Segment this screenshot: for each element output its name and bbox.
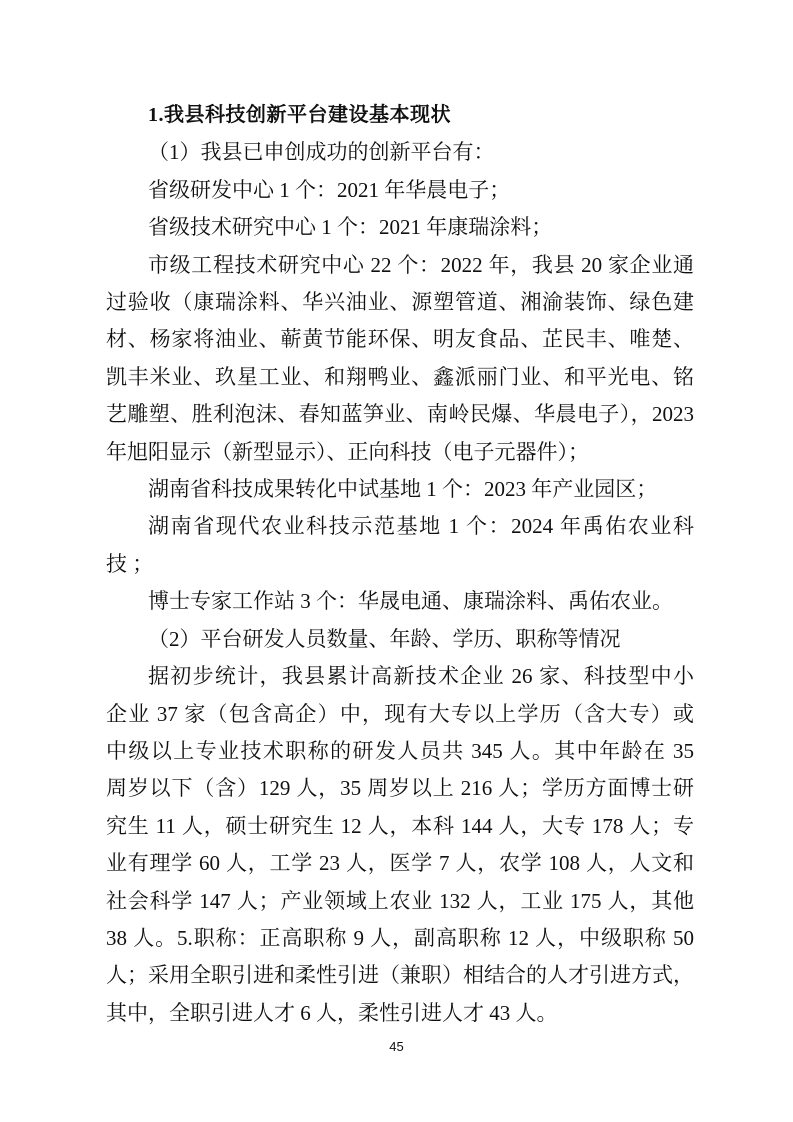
paragraph: 湖南省科技成果转化中试基地 1 个：2023 年产业园区； xyxy=(106,471,694,508)
text-line: 38 人。5.职称：正高职称 9 人，副高职称 12 人，中级职称 50 xyxy=(106,920,694,957)
paragraph: 博士专家工作站 3 个：华晟电通、康瑞涂料、禹佑农业。 xyxy=(106,583,694,620)
text-line: 业有理学 60 人，工学 23 人，医学 7 人，农学 108 人，人文和 xyxy=(106,845,694,882)
paragraph: （2）平台研发人员数量、年龄、学历、职称等情况 xyxy=(106,621,694,658)
text-line: 社会科学 147 人；产业领域上农业 132 人，工业 175 人，其他 xyxy=(106,883,694,920)
paragraph: 据初步统计，我县累计高新技术企业 26 家、科技型中小企业 37 家（包含高企）… xyxy=(106,658,694,1032)
text-line: 中级以上专业技术职称的研发人员共 345 人。其中年龄在 35 xyxy=(106,733,694,770)
document-content: 1.我县科技创新平台建设基本现状 （1）我县已申创成功的创新平台有：省级研发中心… xyxy=(106,97,694,1032)
text-line: 技 ； xyxy=(106,546,694,583)
text-line: （1）我县已申创成功的创新平台有： xyxy=(106,134,694,171)
text-line: 湖南省科技成果转化中试基地 1 个：2023 年产业园区； xyxy=(106,471,694,508)
text-line: 周岁以下（含）129 人，35 周岁以上 216 人；学历方面博士研 xyxy=(106,770,694,807)
paragraph: （1）我县已申创成功的创新平台有： xyxy=(106,134,694,171)
paragraph: 省级技术研究中心 1 个：2021 年康瑞涂料； xyxy=(106,209,694,246)
text-line: 湖南省现代农业科技示范基地 1 个：2024 年禹佑农业科 xyxy=(106,508,694,545)
text-line: （2）平台研发人员数量、年龄、学历、职称等情况 xyxy=(106,621,694,658)
text-line: 企业 37 家（包含高企）中，现有大专以上学历（含大专）或 xyxy=(106,696,694,733)
document-body: （1）我县已申创成功的创新平台有：省级研发中心 1 个：2021 年华晨电子；省… xyxy=(106,134,694,1032)
text-line: 艺雕塑、胜利泡沫、春知蓝笋业、南岭民爆、华晨电子），2023 xyxy=(106,396,694,433)
text-line: 究生 11 人，硕士研究生 12 人，本科 144 人，大专 178 人；专 xyxy=(106,808,694,845)
paragraph: 市级工程技术研究中心 22 个：2022 年，我县 20 家企业通过验收（康瑞涂… xyxy=(106,247,694,471)
paragraph: 省级研发中心 1 个：2021 年华晨电子； xyxy=(106,172,694,209)
text-line: 年旭阳显示（新型显示）、正向科技（电子元器件）； xyxy=(106,434,694,471)
page-number: 45 xyxy=(0,1039,793,1054)
text-line: 人；采用全职引进和柔性引进（兼职）相结合的人才引进方式， xyxy=(106,957,694,994)
text-line: 过验收（康瑞涂料、华兴油业、源塑管道、湘渝装饰、绿色建 xyxy=(106,284,694,321)
text-line: 省级技术研究中心 1 个：2021 年康瑞涂料； xyxy=(106,209,694,246)
text-line: 据初步统计，我县累计高新技术企业 26 家、科技型中小 xyxy=(106,658,694,695)
paragraph: 湖南省现代农业科技示范基地 1 个：2024 年禹佑农业科技 ； xyxy=(106,508,694,583)
text-line: 博士专家工作站 3 个：华晟电通、康瑞涂料、禹佑农业。 xyxy=(106,583,694,620)
text-line: 凯丰米业、玖星工业、和翔鸭业、鑫派丽门业、和平光电、铭 xyxy=(106,359,694,396)
text-line: 其中，全职引进人才 6 人，柔性引进人才 43 人。 xyxy=(106,995,694,1032)
text-line: 省级研发中心 1 个：2021 年华晨电子； xyxy=(106,172,694,209)
document-page: 1.我县科技创新平台建设基本现状 （1）我县已申创成功的创新平台有：省级研发中心… xyxy=(0,0,793,1122)
section-heading: 1.我县科技创新平台建设基本现状 xyxy=(106,97,694,134)
text-line: 市级工程技术研究中心 22 个：2022 年，我县 20 家企业通 xyxy=(106,247,694,284)
text-line: 材、杨家将油业、蕲黄节能环保、明友食品、芷民丰、唯楚、 xyxy=(106,321,694,358)
